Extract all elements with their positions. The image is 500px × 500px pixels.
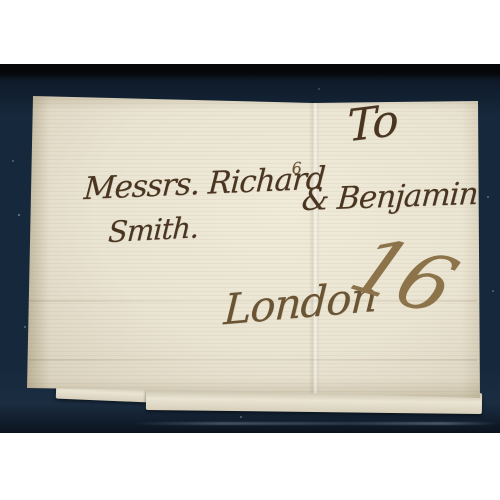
vertical-fold-crease <box>309 95 319 400</box>
photo-top-shadow <box>0 64 500 80</box>
addressee-name-second: & Benjamin <box>300 176 478 218</box>
scratch-streak <box>130 422 498 425</box>
top-white-band <box>0 0 500 64</box>
dust-specks <box>0 64 2 66</box>
addressee-surname: Smith. <box>107 210 199 249</box>
letter-photograph: To 6 Messrs. Richard & Benjamin Smith. L… <box>0 64 500 433</box>
horizontal-fold-crease <box>29 359 477 361</box>
handwritten-to: To <box>347 95 398 152</box>
auction-photo-page: To 6 Messrs. Richard & Benjamin Smith. L… <box>0 0 500 500</box>
folded-letter: To 6 Messrs. Richard & Benjamin Smith. L… <box>27 95 480 400</box>
bottom-white-band <box>0 433 500 500</box>
